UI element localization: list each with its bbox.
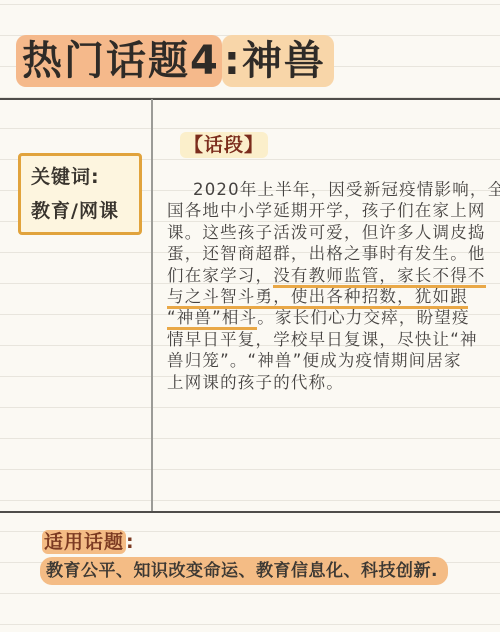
section-heading: 【话段】	[180, 132, 268, 158]
keyword-label: 关键词:	[31, 160, 139, 194]
paragraph-line: 蛋，还智商超群，出格之事时有发生。他	[167, 243, 495, 264]
paragraph-text: 情早日平复，学校早日复课，尽快让“神	[167, 330, 478, 349]
paragraph-text: 课。这些孩子活泼可爱，但许多人调皮捣	[167, 223, 486, 242]
paragraph-line: 与之斗智斗勇，使出各种招数，犹如跟	[167, 286, 495, 307]
paragraph-text: 2020年上半年，因受新冠疫情影响，全	[193, 180, 500, 199]
keyword-box: 关键词: 教育/网课	[18, 153, 142, 235]
marker-underlined-text: 没有教师监管，家长不得不	[273, 266, 485, 288]
paragraph-line: “神兽”相斗。家长们心力交瘁，盼望疫	[167, 307, 495, 328]
paragraph-text: 蛋，还智商超群，出格之事时有发生。他	[167, 244, 486, 263]
paragraph-text: 。家长们心力交瘁，盼望疫	[257, 308, 469, 327]
marker-underlined-text: “神兽”相斗	[167, 308, 257, 330]
paragraph-line: 兽归笼”。“神兽”便成为疫情期间居家	[167, 350, 495, 371]
applicable-topics-colon: :	[126, 531, 135, 553]
title-highlight-secondary: :神兽	[222, 35, 334, 87]
title-highlight-primary: 热门话题4	[16, 35, 222, 87]
paragraph-text: 国各地中小学延期开学，孩子们在家上网	[167, 201, 486, 220]
bottom-divider-line	[0, 511, 500, 513]
paragraph-line: 2020年上半年，因受新冠疫情影响，全	[167, 179, 495, 200]
notes-page: 热门话题4:神兽 关键词: 教育/网课 【话段】 2020年上半年，因受新冠疫情…	[0, 0, 500, 632]
applicable-topics-list: 教育公平、知识改变命运、教育信息化、科技创新.	[40, 557, 448, 585]
marker-underlined-text: 与之斗智斗勇，使出各种招数，犹如跟	[167, 287, 468, 309]
paragraph-line: 国各地中小学延期开学，孩子们在家上网	[167, 200, 495, 221]
applicable-topics-label-highlight: 适用话题	[42, 530, 126, 554]
paragraph-line: 情早日平复，学校早日复课，尽快让“神	[167, 329, 495, 350]
paragraph-text: 们在家学习，	[167, 266, 273, 285]
paragraph-text: 兽归笼”。“神兽”便成为疫情期间居家	[167, 351, 462, 370]
keyword-value: 教育/网课	[31, 194, 139, 228]
paragraph-line: 上网课的孩子的代称。	[167, 372, 495, 393]
paragraph-line: 们在家学习，没有教师监管，家长不得不	[167, 265, 495, 286]
vertical-divider-line	[151, 99, 153, 511]
paragraph: 2020年上半年，因受新冠疫情影响，全国各地中小学延期开学，孩子们在家上网课。这…	[167, 179, 495, 393]
page-title: 热门话题4:神兽	[16, 36, 334, 86]
applicable-topics-label: 适用话题:	[42, 529, 135, 555]
paragraph-text: 上网课的孩子的代称。	[167, 373, 344, 392]
top-divider-line	[0, 98, 500, 100]
paragraph-line: 课。这些孩子活泼可爱，但许多人调皮捣	[167, 222, 495, 243]
